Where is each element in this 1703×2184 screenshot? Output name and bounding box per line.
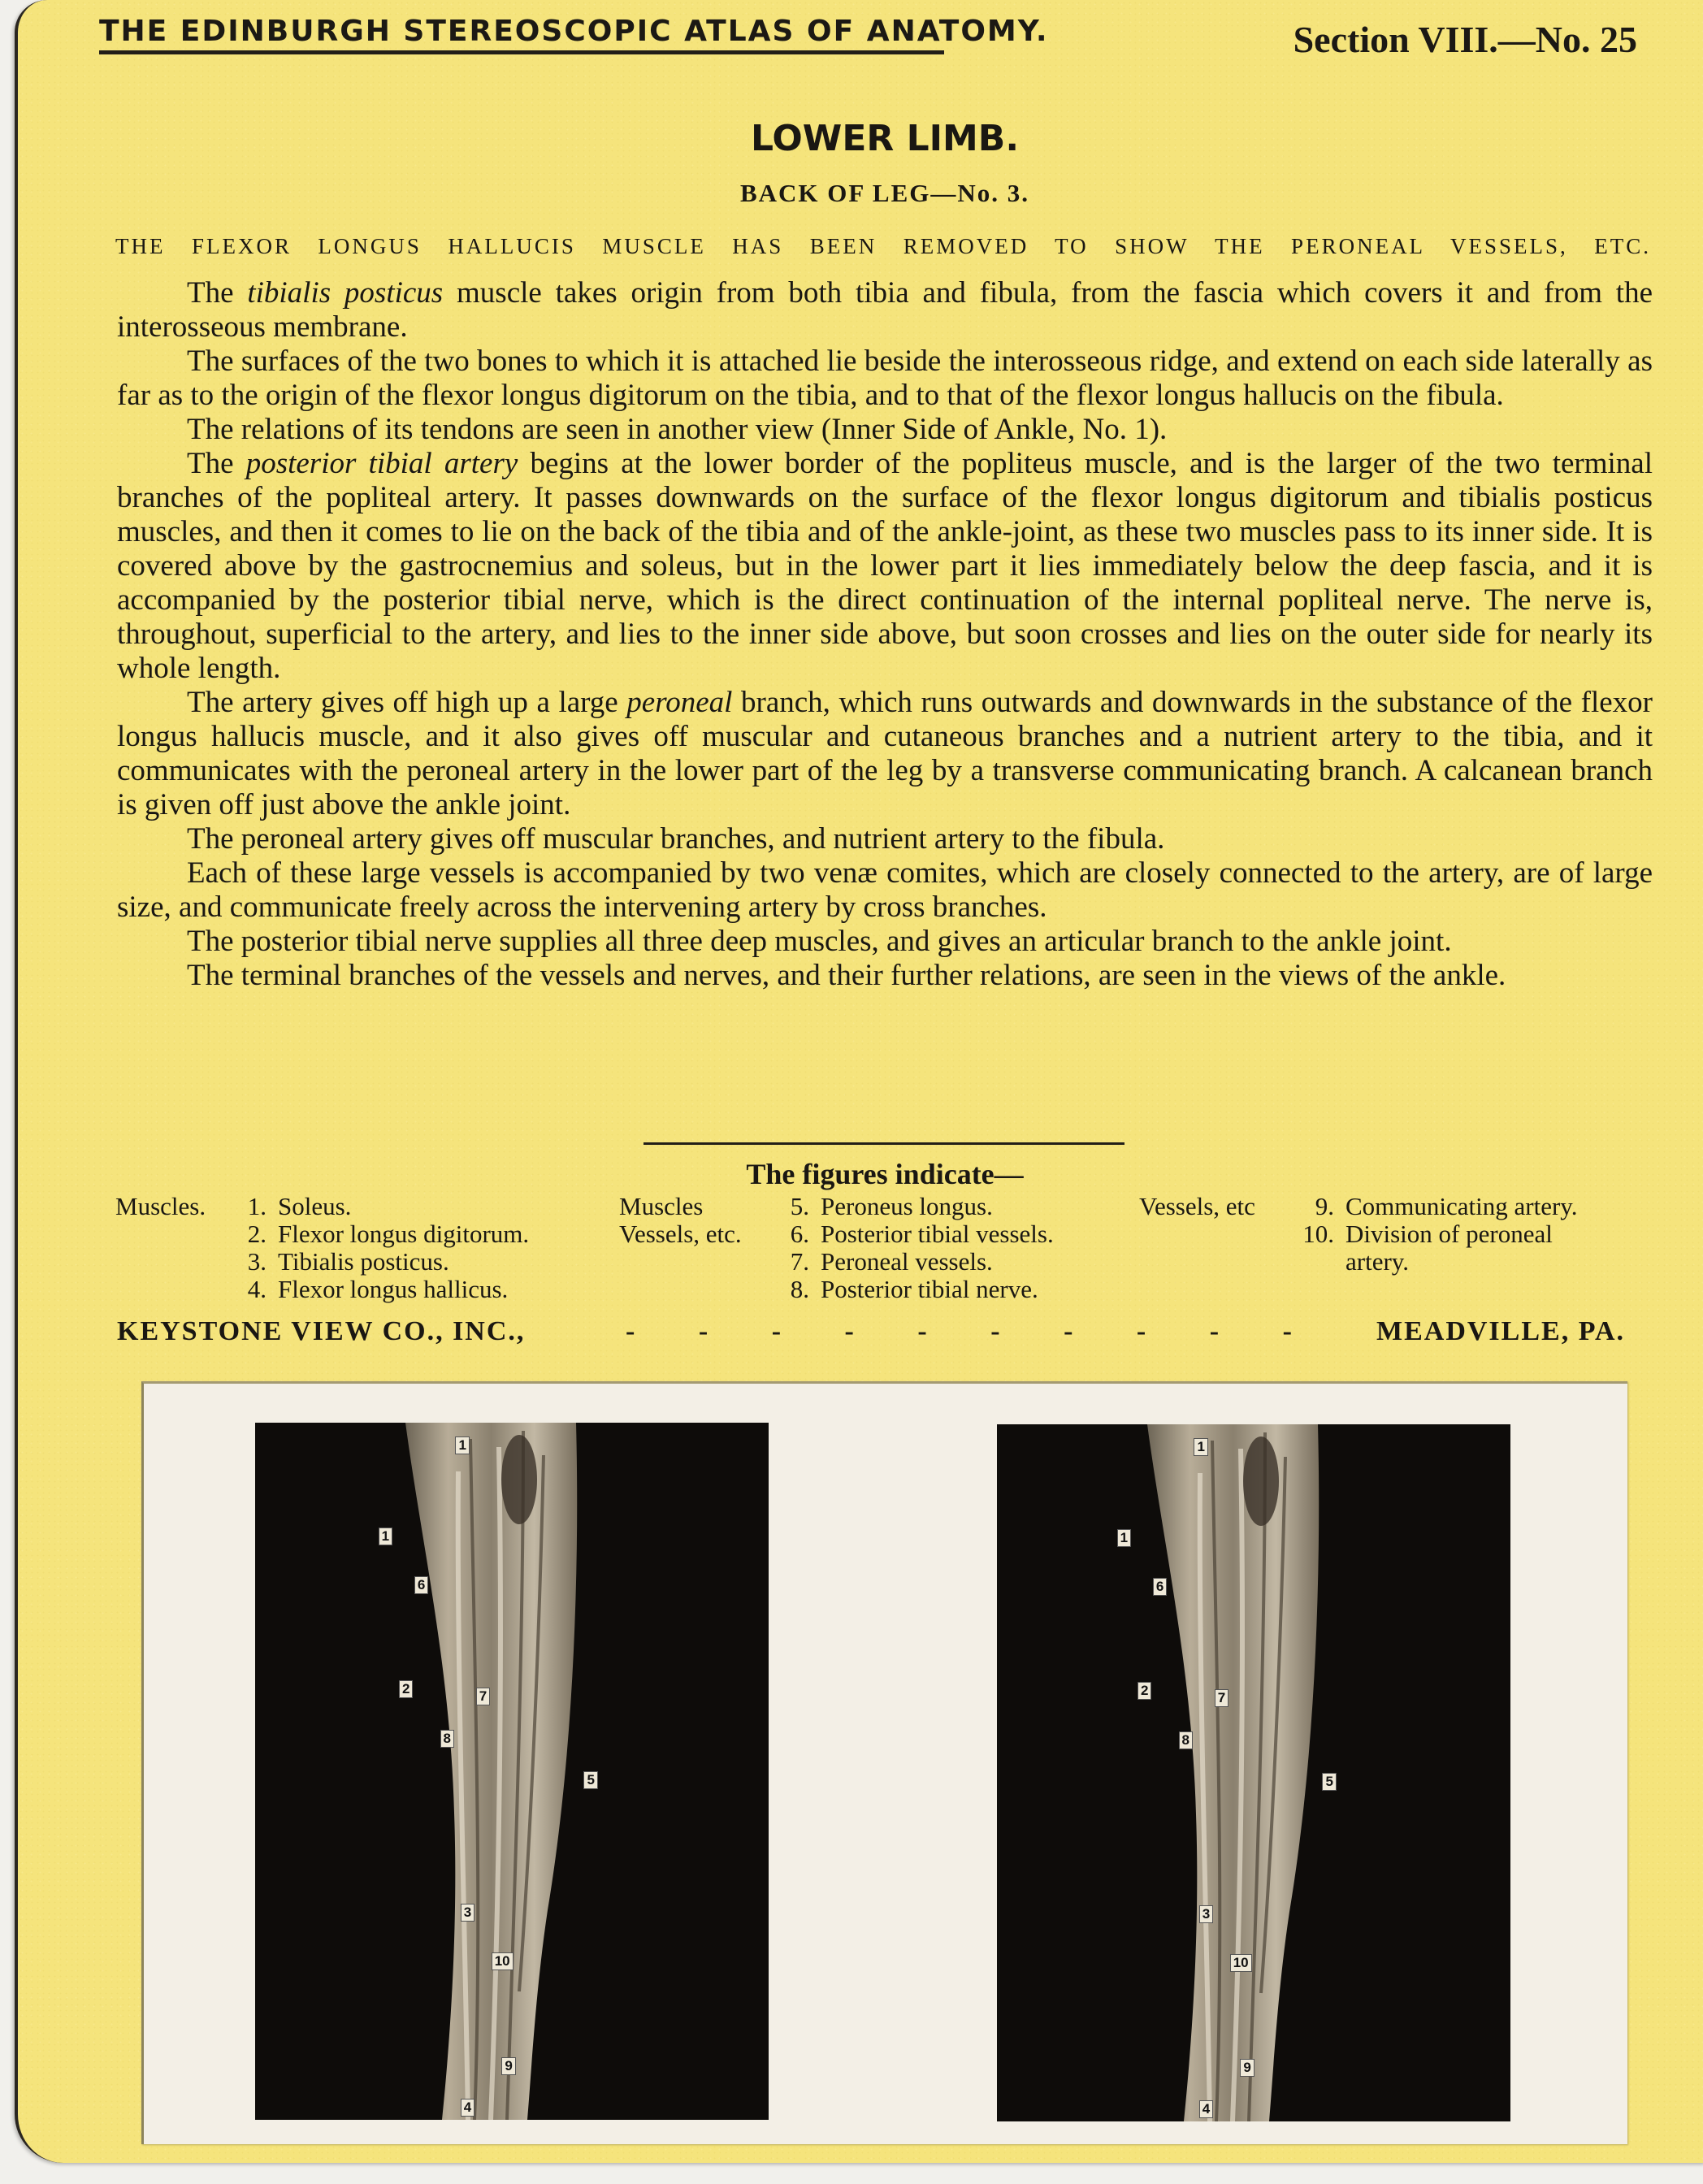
legend-group xyxy=(1139,1248,1293,1276)
paragraph: The posterior tibial artery begins at th… xyxy=(117,447,1653,686)
italic-term: tibialis posticus xyxy=(247,276,443,310)
legend-item: 3.Tibialis posticus. xyxy=(115,1248,529,1276)
legend-group xyxy=(619,1276,773,1303)
leader-dot: - xyxy=(1137,1316,1146,1347)
legend-item: Vessels, etc9.Communicating artery. xyxy=(1139,1193,1578,1220)
legend-text: Flexor longus hallicus. xyxy=(278,1276,508,1303)
legend-text: Flexor longus digitorum. xyxy=(278,1220,529,1248)
legend-item: 4.Flexor longus hallicus. xyxy=(115,1276,529,1303)
legend-group xyxy=(1139,1220,1293,1248)
stereo-photo-right: 116278531094 xyxy=(997,1424,1510,2121)
series-title: THE EDINBURGH STEREOSCOPIC ATLAS OF ANAT… xyxy=(99,15,1049,48)
paragraph: The relations of its tendons are seen in… xyxy=(117,413,1653,447)
figure-number-label: 10 xyxy=(492,1952,513,1970)
legend-number: 5. xyxy=(773,1193,809,1220)
leader-dot: - xyxy=(1210,1316,1219,1347)
legend-text: Tibialis posticus. xyxy=(278,1248,449,1276)
figures-heading: The figures indicate— xyxy=(18,1157,1703,1191)
figure-number-label: 3 xyxy=(461,1904,474,1922)
legend-item: 7.Peroneal vessels. xyxy=(619,1248,1054,1276)
figure-number-label: 4 xyxy=(1199,2100,1213,2118)
legend-group: Muscles. xyxy=(115,1193,231,1220)
legend-text: Communicating artery. xyxy=(1345,1193,1578,1220)
figure-number-label: 8 xyxy=(440,1730,454,1748)
legend-number: 4. xyxy=(231,1276,266,1303)
leader-dot: - xyxy=(845,1316,854,1347)
figure-number-label: 4 xyxy=(461,2099,474,2117)
figure-number-label: 1 xyxy=(1194,1438,1207,1456)
legend-number: 2. xyxy=(231,1220,266,1248)
footer-leader-dots: ---------- xyxy=(626,1316,1292,1347)
leader-dot: - xyxy=(990,1316,999,1347)
figure-number-label: 7 xyxy=(476,1688,490,1705)
leader-dot: - xyxy=(1064,1316,1072,1347)
figure-number-label: 3 xyxy=(1199,1905,1213,1923)
legend-item: Vessels, etc.6.Posterior tibial vessels. xyxy=(619,1220,1054,1248)
legend-text: Division of peroneal xyxy=(1345,1220,1553,1248)
legend-group: Muscles xyxy=(619,1193,773,1220)
legend-item: artery. xyxy=(1139,1248,1578,1276)
stereo-photo-left: 116278531094 xyxy=(255,1423,769,2120)
figure-number-label: 10 xyxy=(1230,1954,1252,1972)
figure-number-label: 9 xyxy=(501,2057,515,2075)
figure-number-label: 8 xyxy=(1179,1731,1193,1749)
legend-item: Muscles5.Peroneus longus. xyxy=(619,1193,1054,1220)
legend-column-3: Vessels, etc9.Communicating artery.10.Di… xyxy=(1139,1193,1578,1276)
legend-number: 7. xyxy=(773,1248,809,1276)
legend-number: 3. xyxy=(231,1248,266,1276)
figure-number-label: 6 xyxy=(414,1576,428,1594)
leader-dot: - xyxy=(1283,1316,1292,1347)
legend-item: 8.Posterior tibial nerve. xyxy=(619,1276,1054,1303)
legend-group xyxy=(619,1248,773,1276)
paragraph: The surfaces of the two bones to which i… xyxy=(117,344,1653,413)
legend-number xyxy=(1293,1248,1334,1276)
legend-number: 10. xyxy=(1293,1220,1334,1248)
page-title: LOWER LIMB. xyxy=(18,118,1703,159)
legend-number: 9. xyxy=(1293,1193,1334,1220)
paragraph: The artery gives off high up a large per… xyxy=(117,686,1653,822)
paragraph: The peroneal artery gives off muscular b… xyxy=(117,822,1653,856)
leader-dot: - xyxy=(699,1316,708,1347)
legend-number: 1. xyxy=(231,1193,266,1220)
legend-number: 8. xyxy=(773,1276,809,1303)
publisher-location: MEADVILLE, PA. xyxy=(1376,1316,1625,1347)
photo-mount: 116278531094 116278531094 xyxy=(141,1381,1627,2144)
figure-number-label: 1 xyxy=(455,1436,469,1454)
page-caption: THE FLEXOR LONGUS HALLUCIS MUSCLE HAS BE… xyxy=(115,234,1651,259)
series-title-rule xyxy=(99,50,944,54)
legend-text: Posterior tibial vessels. xyxy=(821,1220,1054,1248)
leader-dot: - xyxy=(772,1316,781,1347)
figures-divider xyxy=(643,1142,1124,1145)
paragraph: The posterior tibial nerve supplies all … xyxy=(117,925,1653,959)
legend-text: Peroneus longus. xyxy=(821,1193,993,1220)
paragraph: The terminal branches of the vessels and… xyxy=(117,959,1653,993)
legend-text: Posterior tibial nerve. xyxy=(821,1276,1038,1303)
legend-text: artery. xyxy=(1345,1248,1409,1276)
figure-number-label: 2 xyxy=(1137,1682,1151,1700)
paragraph: Each of these large vessels is accompani… xyxy=(117,856,1653,925)
figure-number-label: 9 xyxy=(1240,2059,1254,2077)
publisher-name: KEYSTONE VIEW CO., INC., xyxy=(117,1316,525,1347)
legend-text: Soleus. xyxy=(278,1193,351,1220)
legend-item: Muscles.1.Soleus. xyxy=(115,1193,529,1220)
figure-number-label: 2 xyxy=(399,1680,413,1698)
dissected-leg-image xyxy=(255,1423,769,2120)
legend-column-2: Muscles5.Peroneus longus.Vessels, etc.6.… xyxy=(619,1193,1054,1303)
legend-text: Peroneal vessels. xyxy=(821,1248,993,1276)
legend-group xyxy=(115,1276,231,1303)
legend-group: Vessels, etc xyxy=(1139,1193,1293,1220)
figure-number-label: 1 xyxy=(379,1527,392,1545)
legend-item: 2.Flexor longus digitorum. xyxy=(115,1220,529,1248)
figure-number-label: 7 xyxy=(1215,1689,1228,1707)
page-subtitle: BACK OF LEG—No. 3. xyxy=(18,179,1703,208)
figure-number-label: 5 xyxy=(583,1771,597,1789)
legend-group: Vessels, etc. xyxy=(619,1220,773,1248)
dissected-leg-image xyxy=(997,1424,1510,2121)
leader-dot: - xyxy=(917,1316,926,1347)
figure-number-label: 6 xyxy=(1153,1578,1167,1596)
italic-term: posterior tibial artery xyxy=(246,447,518,480)
legend-item: 10.Division of peroneal xyxy=(1139,1220,1578,1248)
legend-group xyxy=(115,1220,231,1248)
figure-number-label: 5 xyxy=(1322,1773,1336,1791)
legend-column-1: Muscles.1.Soleus.2.Flexor longus digitor… xyxy=(115,1193,529,1303)
legend-group xyxy=(115,1248,231,1276)
paragraph: The tibialis posticus muscle takes origi… xyxy=(117,276,1653,344)
legend-number: 6. xyxy=(773,1220,809,1248)
figure-number-label: 1 xyxy=(1117,1529,1131,1547)
section-number: Section VIII.—No. 25 xyxy=(1293,18,1637,61)
stereo-card: THE EDINBURGH STEREOSCOPIC ATLAS OF ANAT… xyxy=(15,0,1703,2163)
description-body: The tibialis posticus muscle takes origi… xyxy=(117,276,1653,993)
italic-term: peroneal xyxy=(626,686,732,719)
leader-dot: - xyxy=(626,1316,635,1347)
